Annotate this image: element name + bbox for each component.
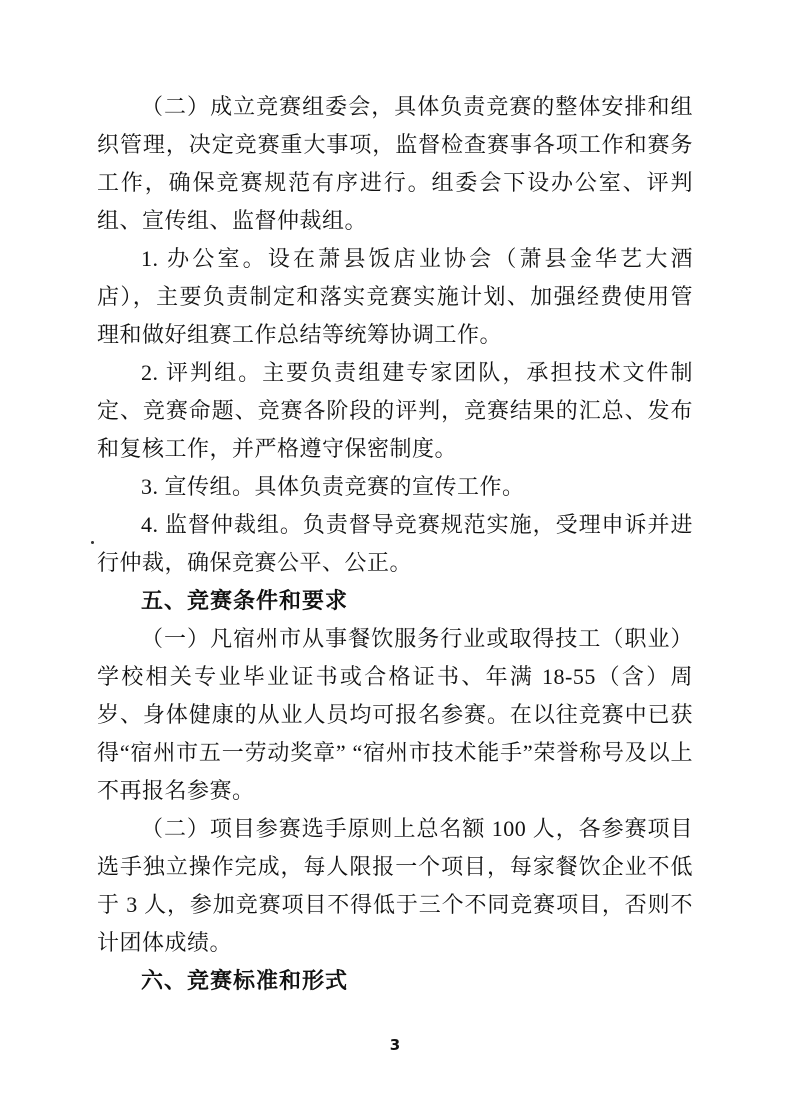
paragraph-judging-group: 2. 评判组。主要负责组建专家团队，承担技术文件制定、竞赛命题、竞赛各阶段的评判…: [97, 354, 693, 468]
paragraph-publicity-group: 3. 宣传组。具体负责竞赛的宣传工作。: [97, 468, 693, 506]
paragraph-office: 1. 办公室。设在萧县饭店业协会（萧县金华艺大酒店），主要负责制定和落实竞赛实施…: [97, 240, 693, 354]
scan-artifact-dot: [91, 541, 94, 544]
paragraph-eligibility: （一）凡宿州市从事餐饮服务行业或取得技工（职业）学校相关专业毕业证书或合格证书、…: [97, 620, 693, 810]
document-page: （二）成立竞赛组委会，具体负责竞赛的整体安排和组织管理，决定竞赛重大事项，监督检…: [0, 0, 790, 1115]
paragraph-supervision-arbitration-group: 4. 监督仲裁组。负责督导竞赛规范实施，受理申诉并进行仲裁，确保竞赛公平、公正。: [97, 506, 693, 582]
paragraph-organizing-committee: （二）成立竞赛组委会，具体负责竞赛的整体安排和组织管理，决定竞赛重大事项，监督检…: [97, 88, 693, 240]
page-number: 3: [0, 1036, 790, 1054]
section-heading-standards: 六、竞赛标准和形式: [97, 962, 693, 1000]
document-body: （二）成立竞赛组委会，具体负责竞赛的整体安排和组织管理，决定竞赛重大事项，监督检…: [97, 88, 693, 1000]
section-heading-conditions: 五、竞赛条件和要求: [97, 582, 693, 620]
paragraph-quota: （二）项目参赛选手原则上总名额 100 人，各参赛项目选手独立操作完成，每人限报…: [97, 810, 693, 962]
